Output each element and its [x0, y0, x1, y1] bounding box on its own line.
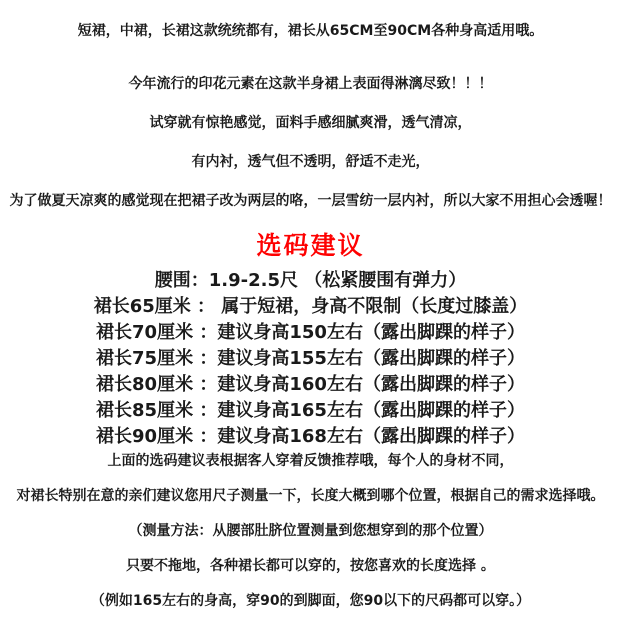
tip-paragraph: 只要不拖地，各种裙长都可以穿的，按您喜欢的长度选择 。	[0, 558, 621, 575]
size-rows: 裙长65厘米 ： 属于短裙，身高不限制（长度过膝盖）裙长70厘米 ：建议身高15…	[0, 297, 621, 447]
intro-paragraph: 有内衬，透气但不透明，舒适不走光，	[4, 154, 617, 171]
tip-paragraph: （测量方法：从腰部肚脐位置测量到您想穿到的那个位置）	[0, 523, 621, 540]
size-row: 裙长65厘米 ： 属于短裙，身高不限制（长度过膝盖）	[0, 297, 621, 317]
measurement-tips-section: 对裙长特别在意的亲们建议您用尺子测量一下，长度大概到哪个位置，根据自己的需求选择…	[0, 488, 621, 610]
intro-paragraph: 今年流行的印花元素在这款半身裙上表面得淋漓尽致！！！	[4, 76, 617, 93]
size-row: 裙长85厘米 ：建议身高165左右（露出脚踝的样子）	[0, 401, 621, 421]
intro-paragraph: 短裙，中裙，长裙这款统统都有，裙长从65CM至90CM各种身高适用哦。	[4, 23, 617, 40]
size-row: 裙长75厘米 ：建议身高155左右（露出脚踝的样子）	[0, 349, 621, 369]
size-row: 裙长90厘米 ：建议身高168左右（露出脚踝的样子）	[0, 427, 621, 447]
tip-paragraph: 对裙长特别在意的亲们建议您用尺子测量一下，长度大概到哪个位置，根据自己的需求选择…	[0, 488, 621, 505]
intro-paragraph: 试穿就有惊艳感觉，面料手感细腻爽滑，透气清凉，	[4, 115, 617, 132]
intro-paragraph: 为了做夏天凉爽的感觉现在把裙子改为两层的咯，一层雪纺一层内衬，所以大家不用担心会…	[4, 193, 617, 210]
size-guide-note: 上面的选码建议表根据客人穿着反馈推荐哦，每个人的身材不同，	[0, 453, 621, 470]
waist-measurement-line: 腰围：1.9-2.5尺 （松紧腰围有弹力）	[0, 270, 621, 291]
tip-paragraph: （例如165左右的身高，穿90的到脚面，您90以下的尺码都可以穿。）	[0, 593, 621, 610]
size-guide-section: 选码建议 腰围：1.9-2.5尺 （松紧腰围有弹力） 裙长65厘米 ： 属于短裙…	[0, 232, 621, 470]
size-row: 裙长80厘米 ：建议身高160左右（露出脚踝的样子）	[0, 375, 621, 395]
size-row: 裙长70厘米 ：建议身高150左右（露出脚踝的样子）	[0, 323, 621, 343]
size-guide-title: 选码建议	[0, 232, 621, 260]
intro-section: 短裙，中裙，长裙这款统统都有，裙长从65CM至90CM各种身高适用哦。今年流行的…	[0, 23, 621, 210]
product-description-page: 短裙，中裙，长裙这款统统都有，裙长从65CM至90CM各种身高适用哦。今年流行的…	[0, 0, 621, 640]
